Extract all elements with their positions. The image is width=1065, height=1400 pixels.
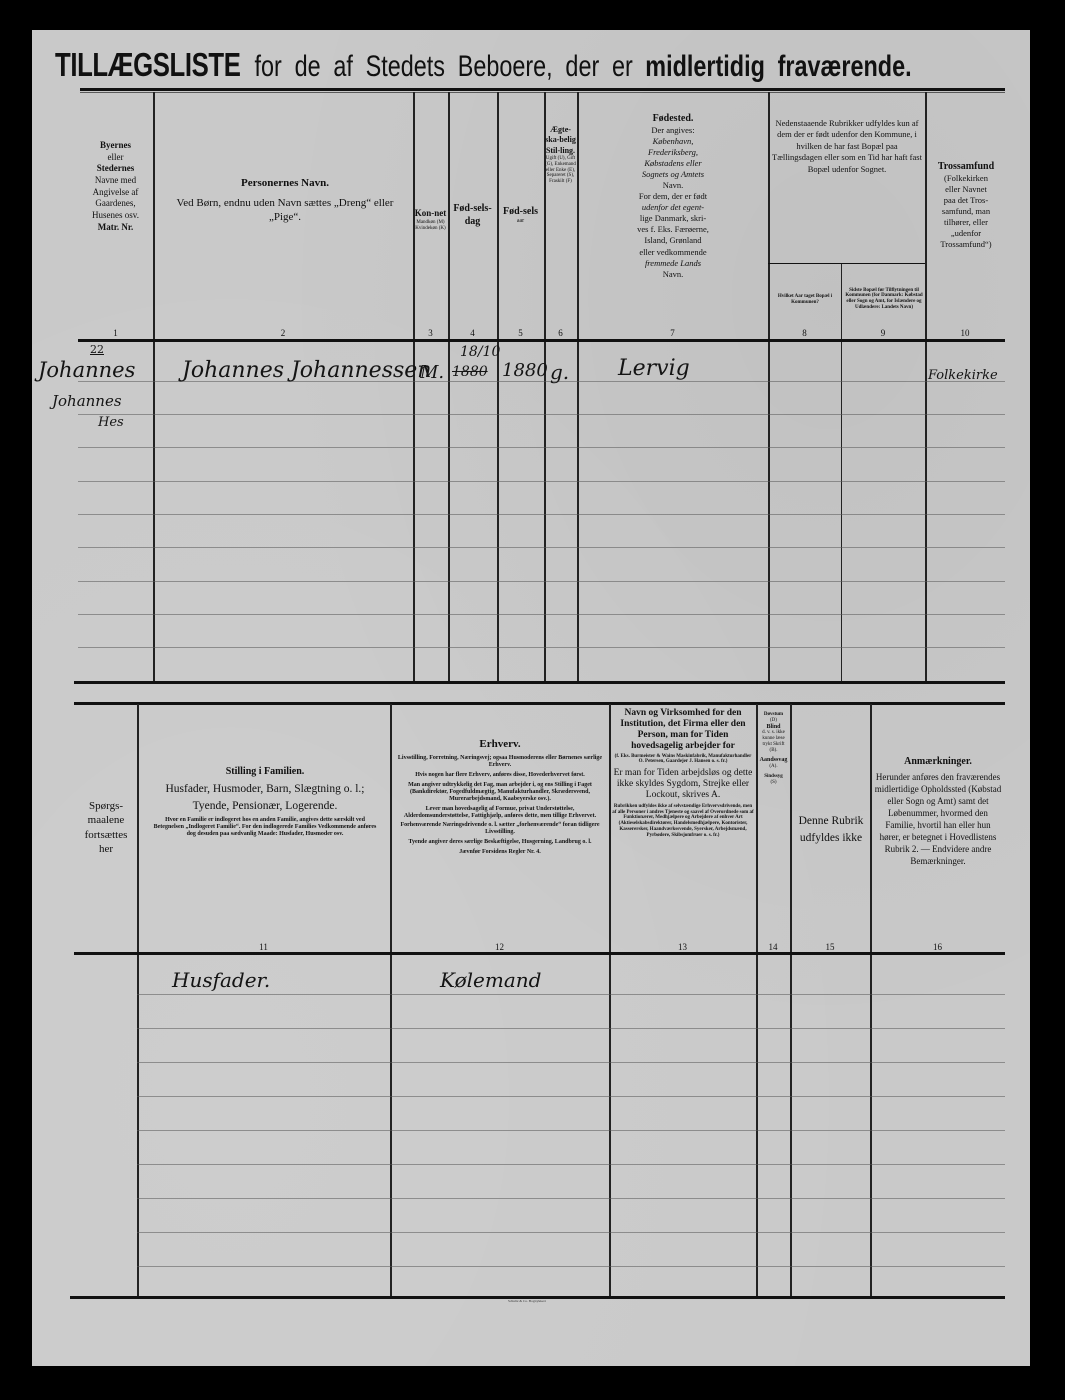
col3-header: Kon-net Mandkøn (M) Kvindekøn (K) — [413, 170, 448, 270]
printer-mark: Schultz & Co. Bogtrykkeri — [508, 1299, 582, 1304]
col15-header: Denne Rubrik udfyldes ikke — [792, 790, 870, 870]
col-number: 4 — [448, 328, 497, 338]
col10-header: Trossamfund (Folkekirken eller Navnet pa… — [926, 160, 1006, 270]
col-divider — [768, 92, 770, 682]
col-number: 2 — [153, 328, 413, 338]
title-main: TILLÆGSLISTE — [55, 46, 241, 84]
form-title: TILLÆGSLISTE for de af Stedets Beboere, … — [55, 46, 804, 86]
entry-sex: M. — [420, 362, 444, 383]
header-bottom-rule — [78, 339, 1005, 342]
col-number: 6 — [544, 328, 577, 338]
col-divider — [137, 704, 139, 1296]
col-number: 7 — [577, 328, 768, 338]
lower-header-bottom-rule — [74, 952, 1005, 955]
col6-header: Ægte-ska-belig Stil-ling. Ugift (U), Gif… — [544, 125, 577, 305]
entry-place: Johannes — [38, 358, 135, 382]
col-number: 1 — [78, 328, 153, 338]
col1-header: Byernes eller Stedernes Navne med Angive… — [78, 140, 153, 310]
col-number: 5 — [497, 328, 544, 338]
col13-header: Navn og Virksomhed for den Institution, … — [612, 708, 754, 943]
entry-place-line3: Hes — [98, 415, 124, 430]
entry-birth-year: 1880 — [502, 360, 548, 381]
upper-table-bottom-rule — [74, 681, 1005, 684]
col14-header: Døvstum (D) Blind d. v. s. ikke kunne læ… — [757, 712, 790, 942]
col2-header: Personernes Navn. Ved Børn, endnu uden N… — [170, 150, 400, 250]
entry-marital-status: g. — [550, 360, 569, 384]
col7-header: Fødested. Der angives: København, Freder… — [580, 112, 766, 322]
title-rule-thin — [80, 92, 1005, 93]
col-number: 10 — [925, 328, 1005, 338]
lower-table-top-rule — [74, 702, 1005, 705]
col5-header: Fød-sels aar — [497, 180, 544, 250]
col-number: 13 — [609, 942, 756, 952]
col-divider — [609, 704, 611, 1296]
col11-header: Stilling i Familien. Husfader, Husmoder,… — [150, 765, 380, 885]
entry-religion: Folkekirke — [928, 368, 998, 383]
title-bold-tail: midlertidig fraværende. — [645, 50, 911, 84]
col-number: 3 — [413, 328, 448, 338]
entry-birthplace: Lervig — [618, 356, 690, 381]
entry-family-position: Husfader. — [172, 968, 270, 992]
col-number: 12 — [390, 942, 609, 952]
col9-header: Sidste Bopæl før Tilflytningen til Kommu… — [843, 268, 925, 330]
col4-header: Fød-sels-dag — [448, 180, 497, 250]
col-number: 8 — [768, 328, 841, 338]
entry-place-line2: Johannes — [52, 392, 122, 410]
col8-header: Hvilket Aar taget Bopæl i Kommunen? — [770, 275, 840, 325]
col-divider — [870, 704, 872, 1296]
col-divider — [841, 263, 842, 682]
col-divider — [390, 704, 392, 1296]
col-number: 15 — [790, 942, 870, 952]
col-divider — [577, 92, 579, 682]
entry-occupation: Kølemand — [440, 968, 541, 992]
col8-9-group-note: Nedenstaaende Rubrikker udfyldes kun af … — [772, 118, 922, 243]
col-number: 11 — [137, 942, 390, 952]
title-rule — [80, 88, 1005, 91]
col12-header: Erhverv. Livsstilling, Forretning, Nærin… — [396, 737, 604, 937]
questions-continue-note: Spørgs- maalene fortsættes her — [76, 790, 136, 865]
col-divider — [153, 92, 155, 682]
entry-name: Johannes Johannessen — [182, 358, 431, 383]
entry-birth-day: 18/10 — [460, 344, 500, 360]
entry-birth-day-struck: 1880 — [452, 364, 488, 380]
col16-header: Anmærkninger. Herunder anføres den fravæ… — [874, 755, 1002, 905]
col-number: 9 — [841, 328, 925, 338]
subheader-rule — [768, 263, 925, 264]
col-number: 16 — [870, 942, 1005, 952]
title-middle: for de af Stedets Beboere, der er — [255, 50, 633, 84]
entry-place-number: 22 — [90, 343, 104, 356]
col-number: 14 — [756, 942, 790, 952]
